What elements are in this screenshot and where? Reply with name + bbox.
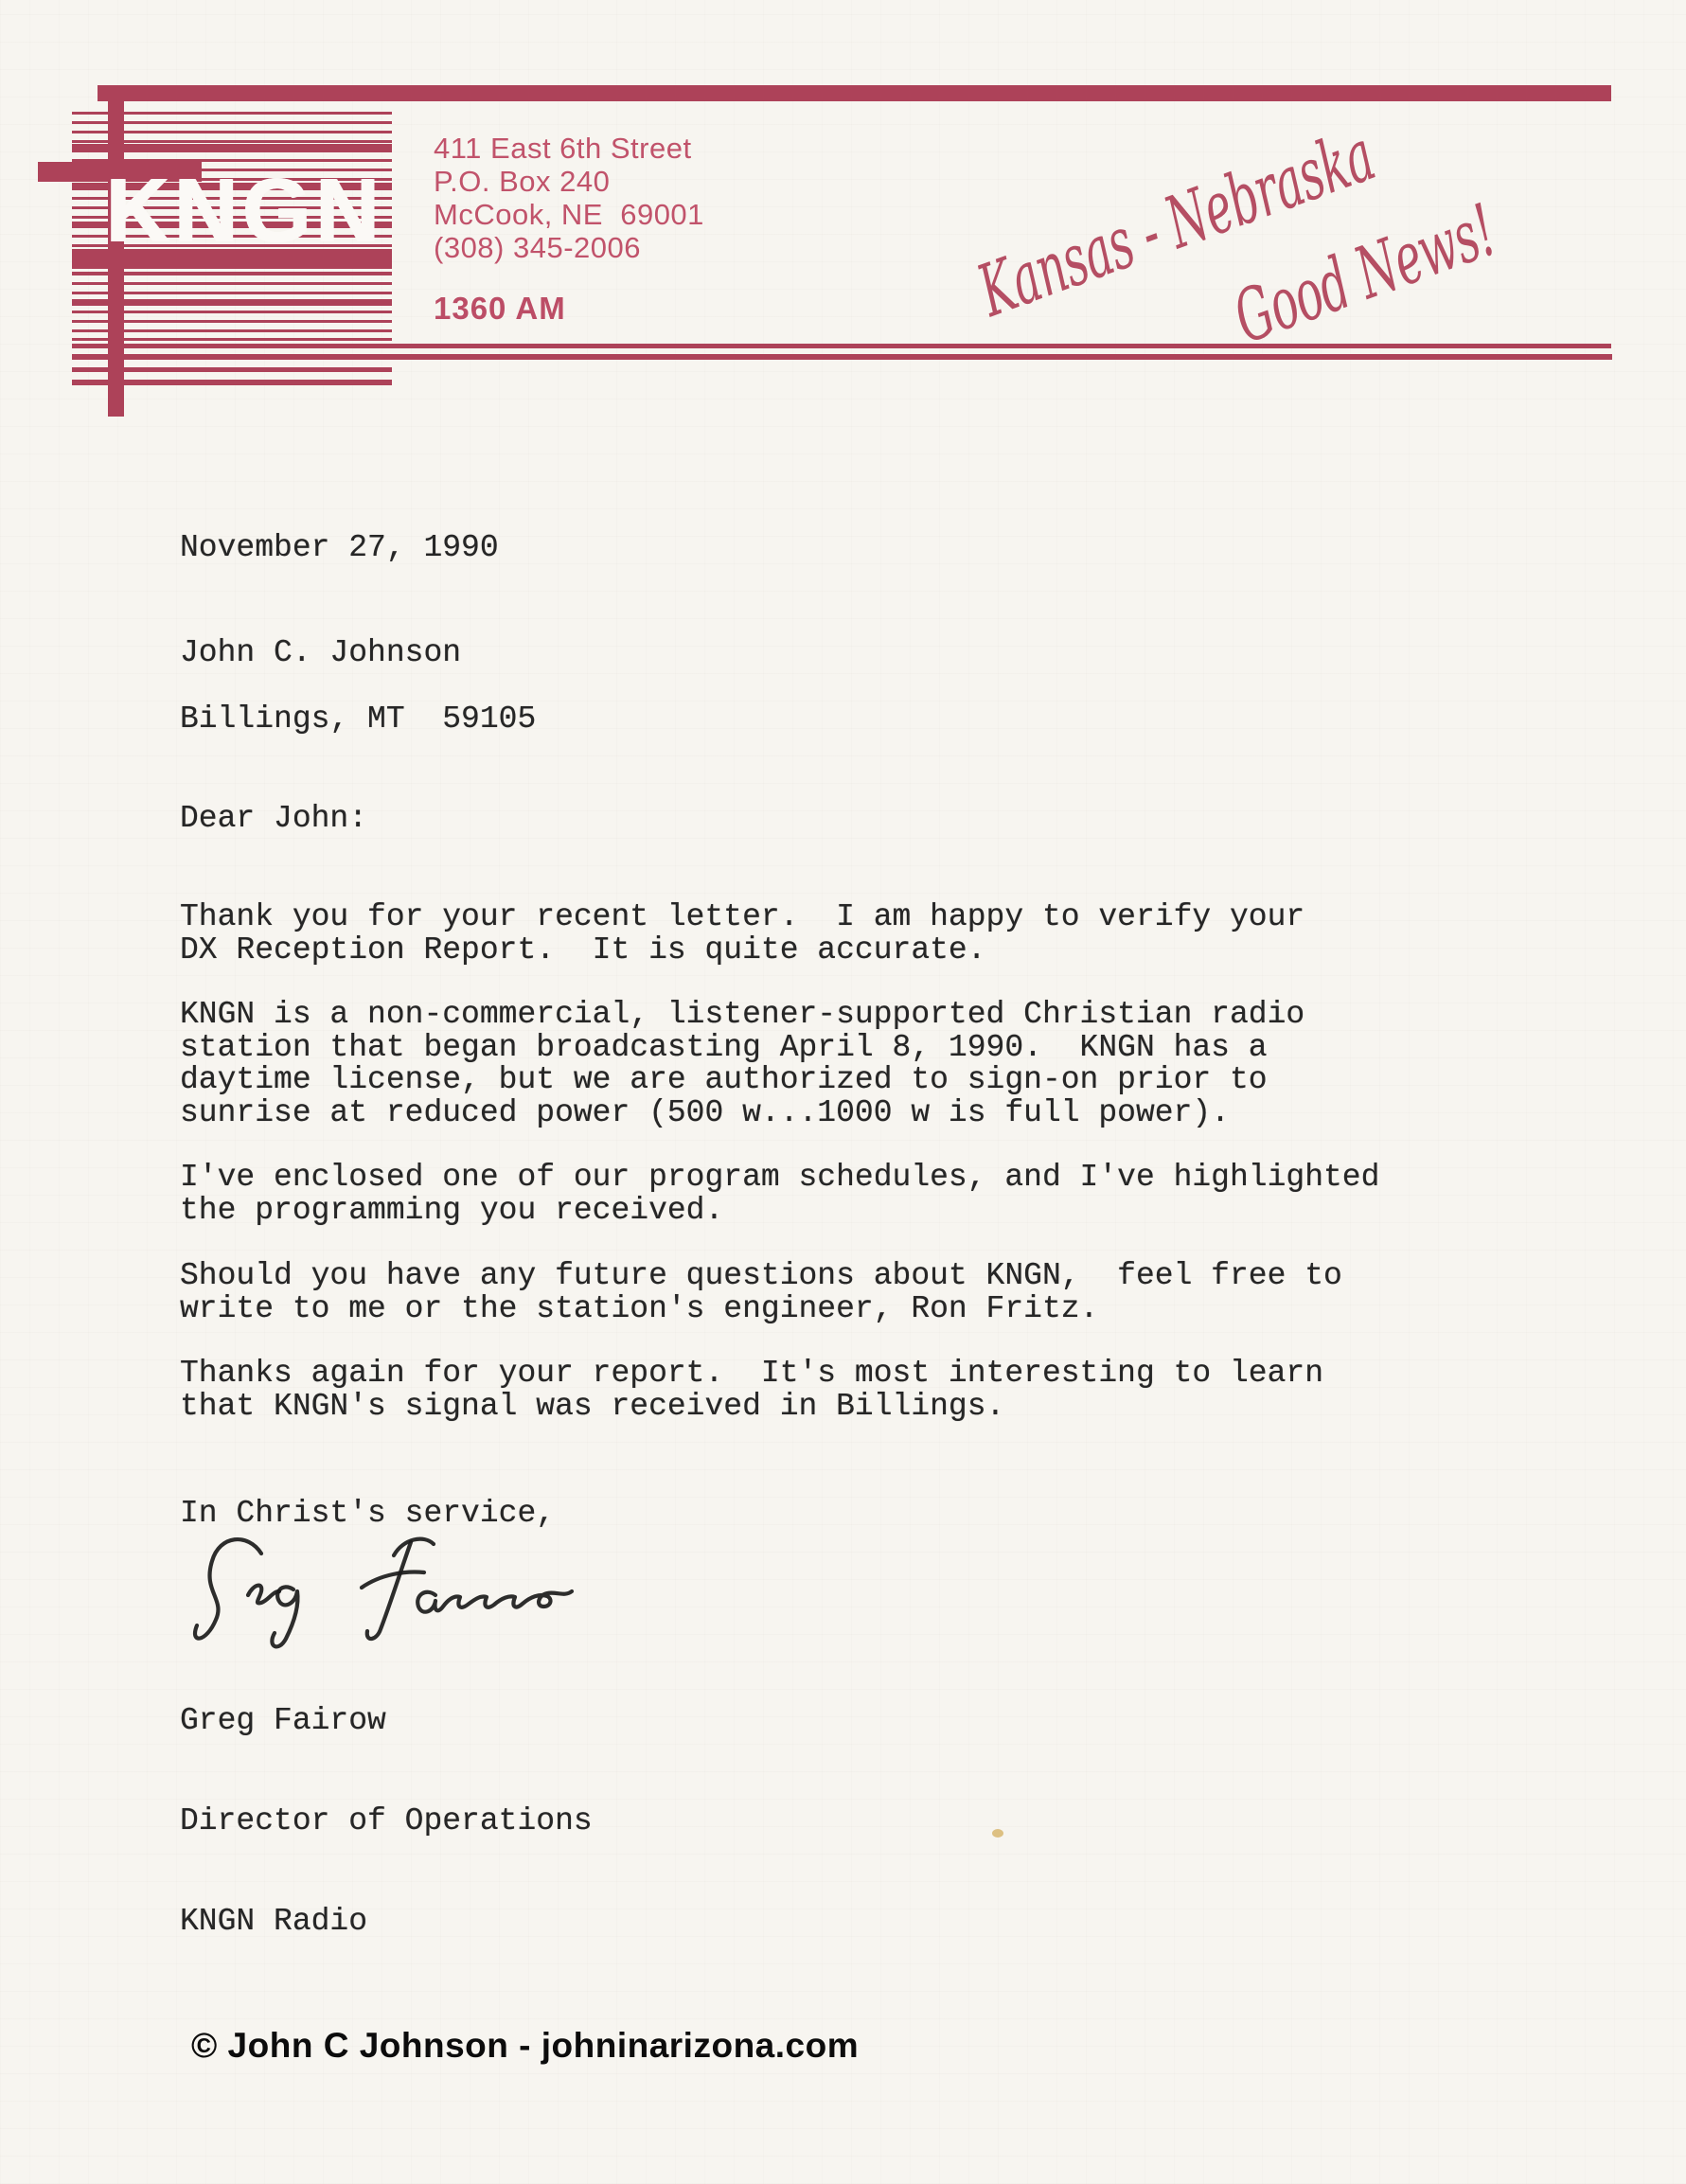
paper-speck bbox=[992, 1829, 1003, 1838]
paragraph-4: Should you have any future questions abo… bbox=[180, 1260, 1342, 1325]
recipient-location: Billings, MT 59105 bbox=[180, 703, 536, 737]
signer-title: Director of Operations bbox=[180, 1804, 593, 1838]
letterhead-rule-2 bbox=[72, 354, 1612, 360]
letter-date: November 27, 1990 bbox=[180, 532, 499, 565]
scanned-letter-page: KNGN 411 East 6th Street P.O. Box 240 Mc… bbox=[0, 0, 1686, 2184]
letterhead-rule-1 bbox=[72, 344, 1611, 348]
paragraph-3: I've enclosed one of our program schedul… bbox=[180, 1162, 1379, 1227]
letterhead-rule-3 bbox=[72, 367, 392, 372]
kngn-logo-text: KNGN bbox=[106, 166, 384, 257]
signer-organization: KNGN Radio bbox=[180, 1905, 593, 1938]
paragraph-5: Thanks again for your report. It's most … bbox=[180, 1358, 1323, 1423]
signature-block: Greg Fairow Director of Operations KNGN … bbox=[180, 1637, 593, 2005]
paragraph-2: KNGN is a non-commercial, listener-suppo… bbox=[180, 999, 1304, 1129]
paragraph-1: Thank you for your recent letter. I am h… bbox=[180, 901, 1304, 967]
recipient-name: John C. Johnson bbox=[180, 637, 461, 670]
station-frequency: 1360 AM bbox=[434, 291, 566, 327]
footer-credit: © John C Johnson - johninarizona.com bbox=[191, 2026, 859, 2066]
letterhead-top-rule bbox=[98, 85, 1611, 101]
letterhead-rule-4 bbox=[72, 380, 392, 385]
station-address: 411 East 6th Street P.O. Box 240 McCook,… bbox=[434, 132, 704, 264]
salutation: Dear John: bbox=[180, 803, 367, 836]
signer-name: Greg Fairow bbox=[180, 1704, 593, 1737]
closing-line: In Christ's service, bbox=[180, 1498, 555, 1531]
